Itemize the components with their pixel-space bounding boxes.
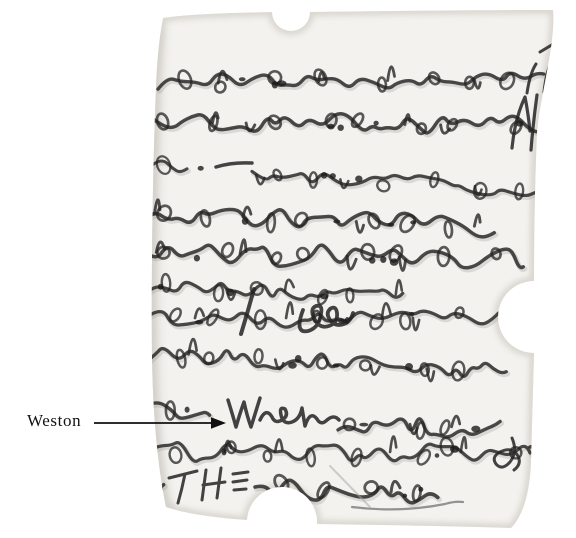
annotation-label: Weston <box>27 412 81 429</box>
ink-blob <box>374 121 379 126</box>
ink-blob <box>155 485 163 492</box>
ink-blob <box>418 487 423 492</box>
ink-blob <box>471 426 480 433</box>
ink-blob <box>369 257 376 264</box>
ink-blob <box>277 80 286 86</box>
ink-blob <box>338 125 344 131</box>
ink-blob <box>355 176 362 183</box>
ink-blob <box>288 362 297 368</box>
ink-blob <box>194 255 200 262</box>
ink-blob <box>410 220 416 224</box>
ink-blob <box>320 294 328 300</box>
ink-blob <box>435 453 440 458</box>
ink-blob <box>321 172 327 179</box>
manuscript-scan <box>0 0 576 538</box>
handwriting-line <box>142 485 164 496</box>
ink-blob <box>333 363 340 367</box>
ink-blob <box>405 363 413 371</box>
ink-blob <box>185 407 190 413</box>
handwriting-descender <box>280 489 288 498</box>
ink-blob <box>295 355 302 362</box>
ink-blob <box>327 124 334 130</box>
ink-blob <box>390 258 399 265</box>
ink-blob <box>158 284 164 290</box>
ink-blob <box>528 445 534 449</box>
ink-blob <box>227 289 234 297</box>
ink-blob <box>242 217 249 224</box>
ink-blob <box>222 448 227 455</box>
ink-blob <box>409 312 414 317</box>
handwriting-bleed <box>144 487 166 498</box>
ink-blob <box>272 81 278 88</box>
ink-blob <box>330 173 336 179</box>
ink-blob <box>239 77 246 81</box>
ink-blob <box>450 445 459 452</box>
ink-blob <box>198 166 204 171</box>
ink-blob <box>195 320 203 325</box>
ink-blob <box>403 494 408 498</box>
annotated-manuscript-figure: Weston <box>0 0 576 538</box>
ink-blob <box>333 220 340 224</box>
ink-blob <box>388 223 395 227</box>
ink-blob <box>547 77 554 82</box>
ink-blob <box>380 256 386 263</box>
ink-blob <box>359 423 368 427</box>
